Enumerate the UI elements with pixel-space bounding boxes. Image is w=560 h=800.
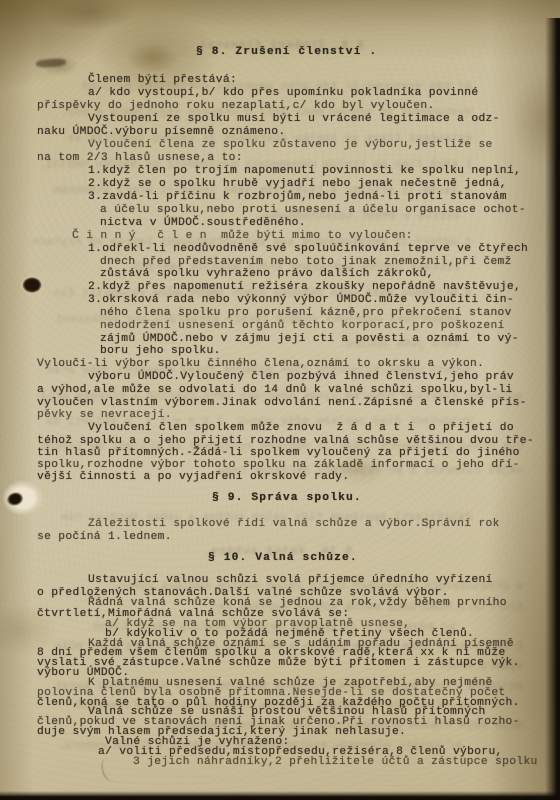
document-line: 1.odřekl-li neodůvodněně své spoluúčinko… [88, 243, 528, 256]
document-line: Vystoupení ze spolku musí býti u vrácené… [88, 113, 500, 126]
section-heading: § 10. Valná schůze. [208, 552, 358, 565]
scanned-document-page: § 8. Zrušení členství .a/ kdo vystoupí,b… [0, 0, 560, 800]
document-line: 3 jejich náhradníky,2 přehližitele účtů … [133, 756, 538, 769]
document-line: příspěvky do jednoho roku nezaplatí,c/ k… [37, 100, 435, 113]
photo-edge-bottom [0, 791, 560, 800]
document-line: a/ kdo vystoupí,b/ kdo přes upomínku pok… [88, 87, 478, 100]
document-line: Vyloučení člen spolkem může znovu ž á d … [88, 422, 514, 435]
document-line: se počíná 1.lednem. [37, 531, 172, 544]
text-layer: § 8. Zrušení členství .Členem býti přest… [0, 0, 560, 800]
document-line: Vyloučení člena ze spolku zůstaveno je v… [88, 139, 493, 152]
photo-edge-corner [520, 774, 560, 800]
document-line: vější činnosti a po vyjadření okrskové r… [37, 471, 349, 484]
hole-punch [16, 272, 48, 298]
document-line: ného člena spolku pro porušení kázně,pro… [100, 307, 512, 320]
document-line: Č i n n ý č l e n může býti mimo to vylo… [72, 230, 413, 243]
document-line: výboru ÚMDOČ.Vyloučený člen pozbývá ihne… [88, 371, 514, 384]
document-line: na tom 2/3 hlasů usnese,a to: [37, 152, 243, 165]
photo-edge-right [545, 18, 560, 800]
document-line: zůstává spolku vyhraženo právo dalších z… [100, 268, 434, 281]
section-heading: § 9. Správa spolku. [212, 492, 362, 505]
document-line: 3.okrsková rada nebo výkonný výbor ÚMDOČ… [88, 294, 514, 307]
section-heading: § 8. Zrušení členství . [196, 46, 377, 59]
document-line: 1.když člen po trojím napomenutí povinno… [88, 165, 521, 178]
document-line: nedodržení usnesení orgánů těchto korpor… [100, 320, 505, 333]
document-line: Členem býti přestává: [88, 74, 237, 87]
document-line: Záležitosti spolkové řídí valná schůze a… [88, 518, 500, 531]
document-line: 2.když přes napomenutí režiséra zkoušky … [88, 281, 521, 294]
document-line: naku ÚMDOČ.výboru písemně oznámeno. [37, 126, 285, 139]
document-line: Vyloučí-li výbor spolku činného člena,oz… [37, 358, 484, 371]
document-line: a účelu spolku,nebo proti usnesení a úče… [100, 204, 526, 217]
document-line: nictva v ÚMDOČ.soustředěného. [100, 217, 306, 230]
document-line: 2.když se o spolku hrubě vyjadří nebo je… [88, 178, 507, 191]
document-line: pěvky se nevracejí. [37, 409, 172, 422]
document-line: boru jeho spolku. [100, 345, 221, 358]
document-line: a výhod,ale může se odvolati do 14 dnů k… [37, 384, 513, 397]
document-line: 3.zavdá-li příčinu k rozbrojům,nebo jedn… [88, 191, 507, 204]
document-line: Ustavující valnou schůzi svolá příjemce … [88, 574, 493, 587]
